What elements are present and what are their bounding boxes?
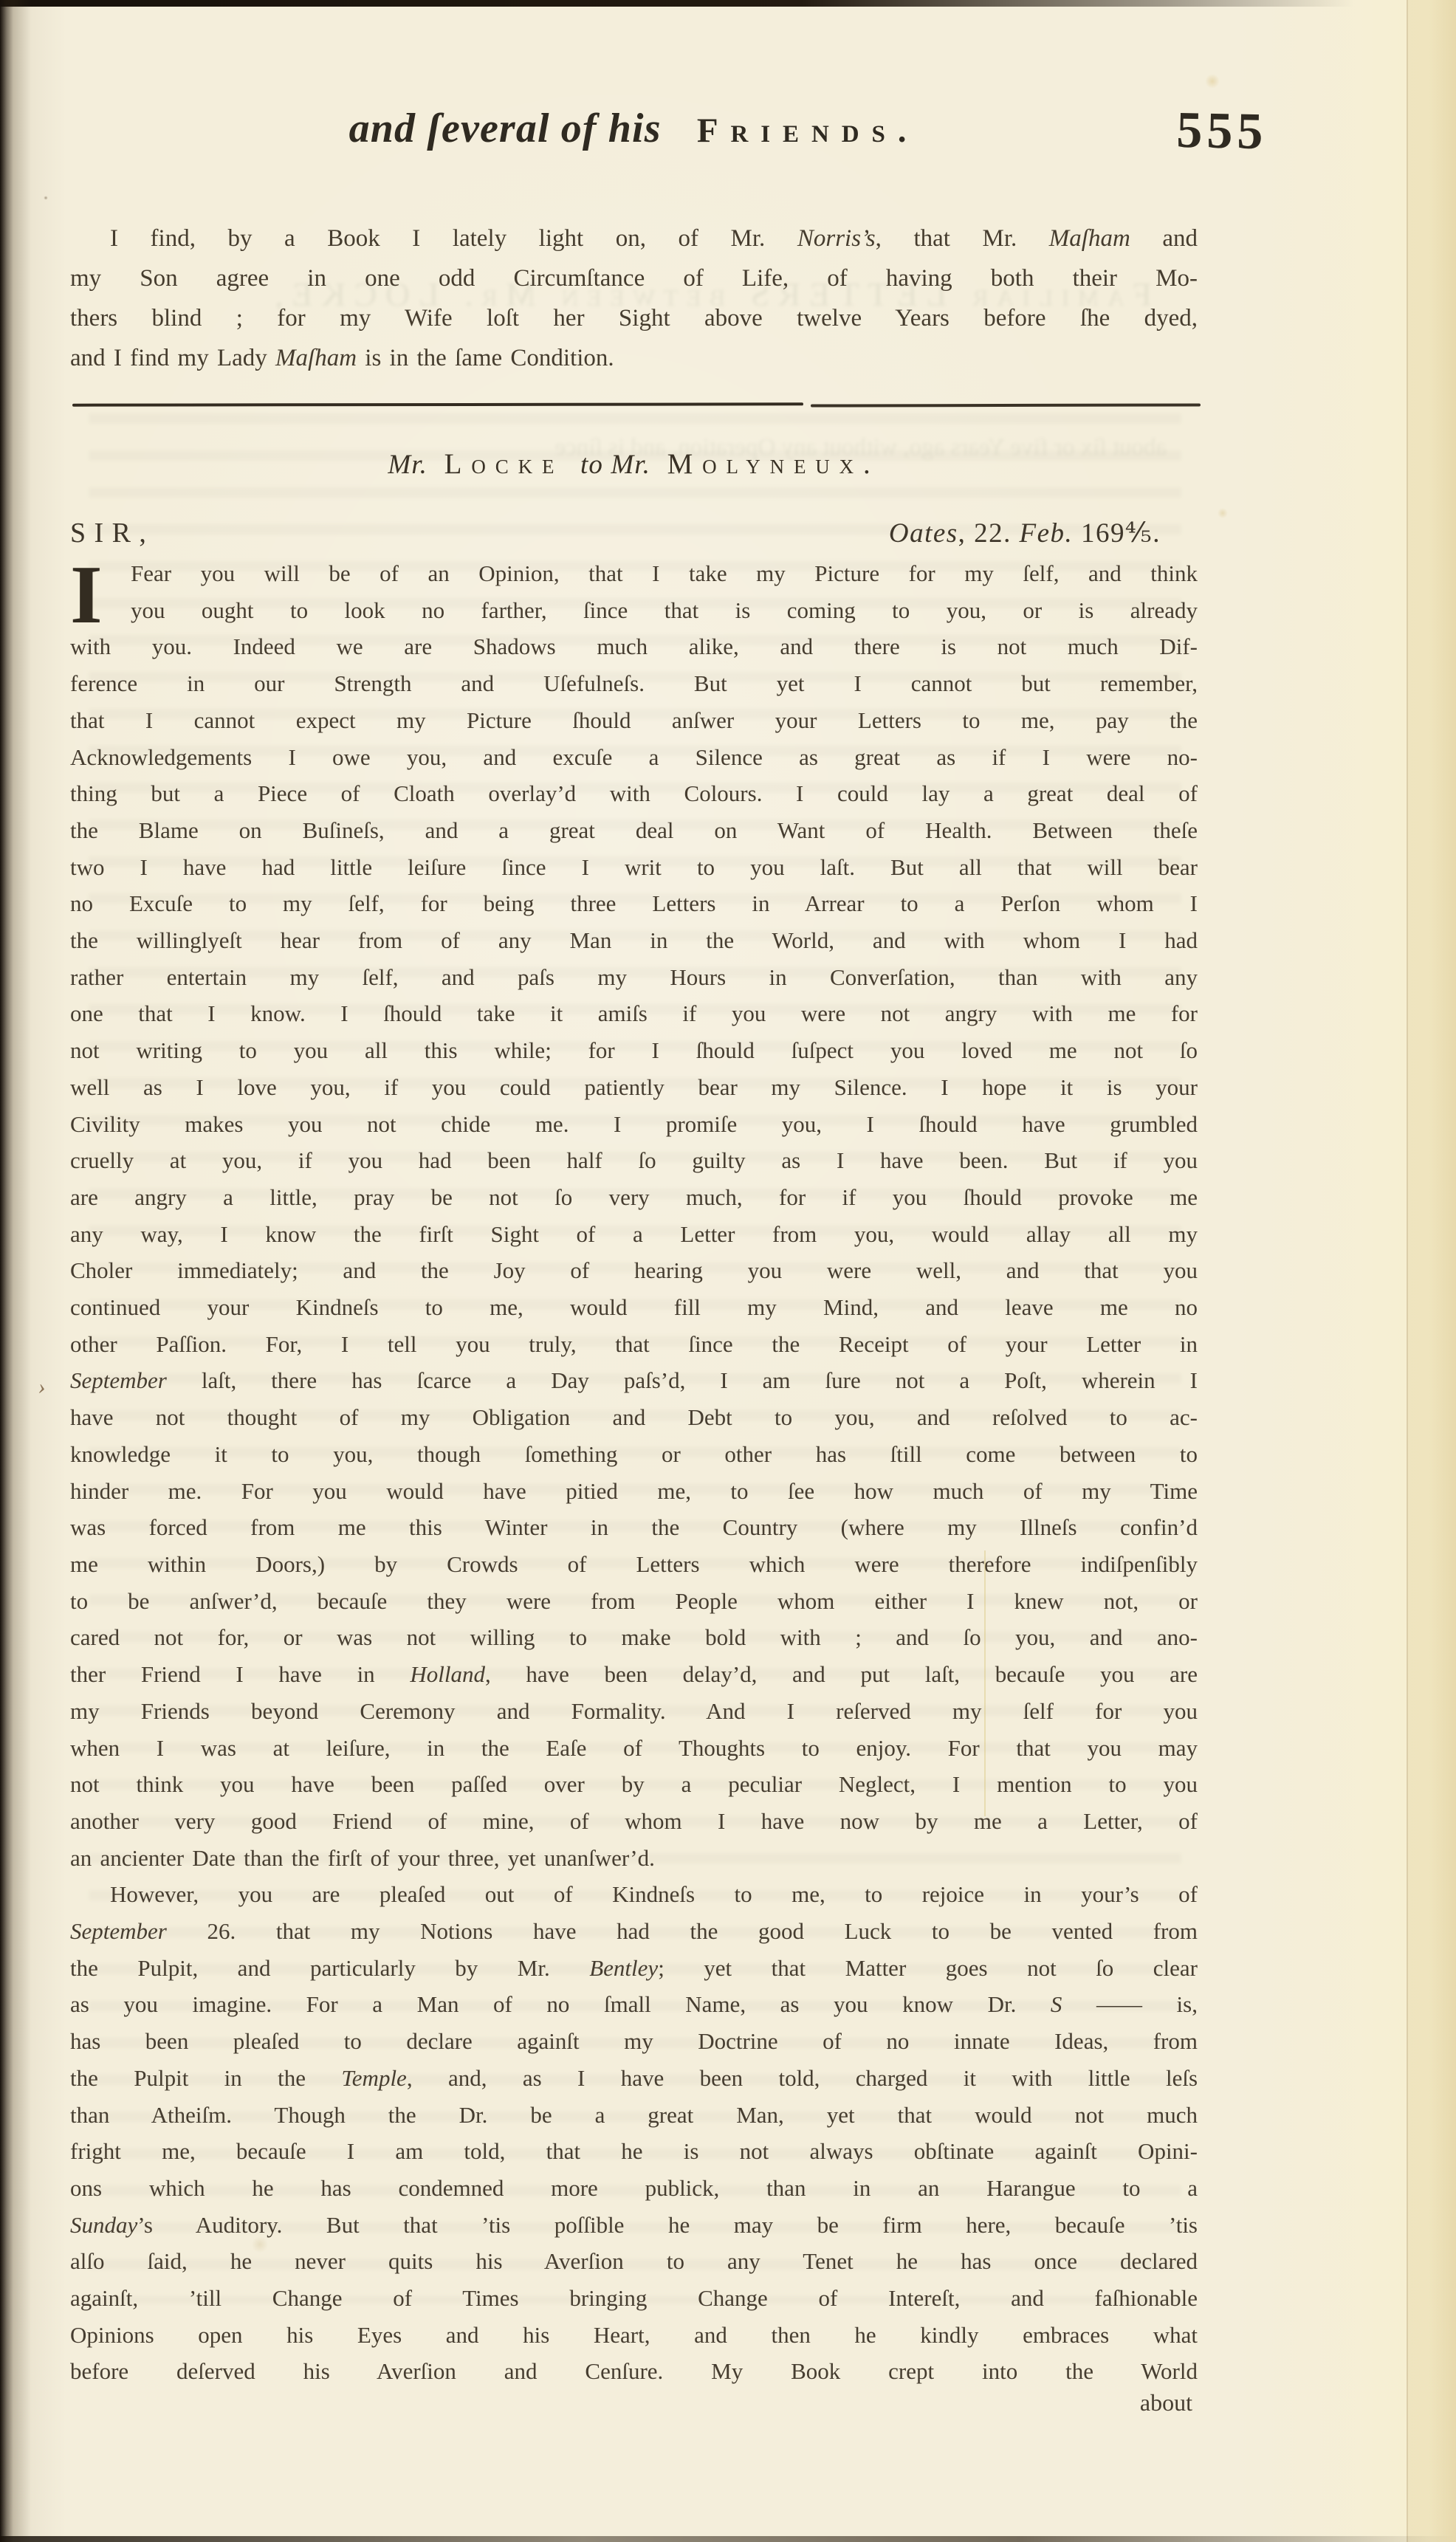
- text-line: when I was at leiſure, in the Eaſe of Th…: [70, 1730, 1198, 1767]
- text-line: no Excuſe to my ſelf, for being three Le…: [70, 885, 1198, 922]
- paper-scratch: [984, 1550, 986, 1816]
- dateline: Oates, 22. Feb. 169⅘.: [889, 517, 1161, 549]
- text-line: cared not for, or was not willing to mak…: [70, 1619, 1198, 1656]
- text-line: September laſt, there has ſcarce a Day p…: [70, 1362, 1198, 1399]
- text-line: Sunday’s Auditory. But that ’tis poſſibl…: [70, 2207, 1198, 2244]
- letter-paragraph-2: However, you are pleaſed out of Kindneſs…: [70, 1876, 1198, 2390]
- letter-paragraph-1: Fear you will be of an Opinion, that I t…: [70, 555, 1198, 1876]
- scanned-book-page: Familiar LETTERS between Mr. LOCKE, abou…: [0, 0, 1456, 2542]
- stray-ink-mark: ›: [37, 1374, 48, 1400]
- text-line: with you. Indeed we are Shadows much ali…: [70, 628, 1198, 665]
- scan-edge-left: [0, 0, 31, 2542]
- text-line: to be anſwer’d, becauſe they were from P…: [70, 1583, 1198, 1620]
- text-line: two I have had little leiſure ſince I wr…: [70, 849, 1198, 886]
- intro-paragraph: I find, by a Book I lately light on, of …: [70, 219, 1198, 378]
- text-line: the Pulpit, and particularly by Mr. Bent…: [70, 1950, 1198, 1987]
- text-line: Choler immediately; and the Joy of heari…: [70, 1252, 1198, 1289]
- text-line: as you imagine. For a Man of no ſmall Na…: [70, 1986, 1198, 2023]
- running-head: and ſeveral of his Friends.: [70, 105, 1198, 152]
- page-number: 555: [1162, 100, 1282, 162]
- text-line: not writing to you all this while; for I…: [70, 1032, 1198, 1069]
- text-line: me within Doors,) by Crowds of Letters w…: [70, 1546, 1198, 1583]
- text-line: September 26. that my Notions have had t…: [70, 1913, 1198, 1950]
- text-line: I find, by a Book I lately light on, of …: [70, 219, 1198, 258]
- text-line: before deſerved his Averſion and Cenſure…: [70, 2353, 1198, 2390]
- text-line: alſo ſaid, he never quits his Averſion t…: [70, 2243, 1198, 2280]
- text-line: againſt, ’till Change of Times bringing …: [70, 2280, 1198, 2317]
- text-line: was forced from me this Winter in the Co…: [70, 1509, 1198, 1546]
- text-line: an ancienter Date than the firſt of your…: [70, 1840, 1198, 1877]
- salutation: SIR,: [70, 517, 154, 549]
- text-line: the willinglyeſt hear from of any Man in…: [70, 922, 1198, 959]
- rule-segment: [811, 403, 1201, 407]
- text-line: cruelly at you, if you had been half ſo …: [70, 1142, 1198, 1179]
- salutation-row: SIR, Oates, 22. Feb. 169⅘.: [70, 517, 1161, 549]
- letter-heading: Mr. Locke to Mr. Molyneux.: [70, 447, 1198, 481]
- text-line: Fear you will be of an Opinion, that I t…: [70, 555, 1198, 592]
- text-line: you ought to look no farther, ſince that…: [70, 592, 1198, 629]
- catchword: about: [70, 2389, 1192, 2416]
- text-line: Opinions open his Eyes and his Heart, an…: [70, 2317, 1198, 2354]
- text-line: ther Friend I have in Holland, have been…: [70, 1656, 1198, 1693]
- text-line: thers blind ; for my Wife loſt her Sight…: [70, 298, 1198, 338]
- text-line: has been pleaſed to declare againſt my D…: [70, 2023, 1198, 2060]
- text-line: continued your Kindneſs to me, would fil…: [70, 1289, 1198, 1326]
- text-line: However, you are pleaſed out of Kindneſs…: [70, 1876, 1198, 1913]
- text-line: have not thought of my Obligation and De…: [70, 1399, 1198, 1436]
- text-line: than Atheiſm. Though the Dr. be a great …: [70, 2097, 1198, 2134]
- scan-edge-bottom: [0, 2536, 1456, 2542]
- running-title: and ſeveral of his Friends.: [349, 111, 919, 150]
- text-line: my Son agree in one odd Circumſtance of …: [70, 258, 1198, 298]
- page-fore-edge: [1407, 0, 1456, 2542]
- text-line: rather entertain my ſelf, and paſs my Ho…: [70, 959, 1198, 996]
- text-line: thing but a Piece of Cloath overlay’d wi…: [70, 775, 1198, 812]
- text-line: hinder me. For you would have pitied me,…: [70, 1473, 1198, 1510]
- text-line: ons which he has condemned more publick,…: [70, 2170, 1198, 2207]
- text-line: Acknowledgements I owe you, and excuſe a…: [70, 739, 1198, 776]
- text-line: well as I love you, if you could patient…: [70, 1069, 1198, 1106]
- text-line: my Friends beyond Ceremony and Formality…: [70, 1693, 1198, 1730]
- text-line: are angry a little, pray be not ſo very …: [70, 1179, 1198, 1216]
- text-line: the Pulpit in the Temple, and, as I have…: [70, 2060, 1198, 2097]
- text-line: the Blame on Buſineſs, and a great deal …: [70, 812, 1198, 849]
- letter-body: Fear you will be of an Opinion, that I t…: [70, 555, 1198, 2390]
- text-line: any way, I know the firſt Sight of a Let…: [70, 1216, 1198, 1253]
- text-line: one that I know. I ſhould take it amiſs …: [70, 995, 1198, 1032]
- section-divider-rule: [72, 402, 1201, 407]
- text-line: Civility makes you not chide me. I promi…: [70, 1106, 1198, 1143]
- scan-edge-top: [0, 0, 1456, 7]
- text-line: ference in our Strength and Uſefulneſs. …: [70, 665, 1198, 702]
- text-line: and I find my Lady Maſham is in the ſame…: [70, 338, 1198, 378]
- text-line: not think you have been paſſed over by a…: [70, 1766, 1198, 1803]
- rule-segment: [72, 402, 803, 406]
- text-line: knowledge it to you, though ſomething or…: [70, 1436, 1198, 1473]
- text-line: that I cannot expect my Picture ſhould a…: [70, 702, 1198, 739]
- text-line: fright me, becauſe I am told, that he is…: [70, 2133, 1198, 2170]
- text-line: another very good Friend of mine, of who…: [70, 1803, 1198, 1840]
- text-line: other Paſſion. For, I tell you truly, th…: [70, 1326, 1198, 1363]
